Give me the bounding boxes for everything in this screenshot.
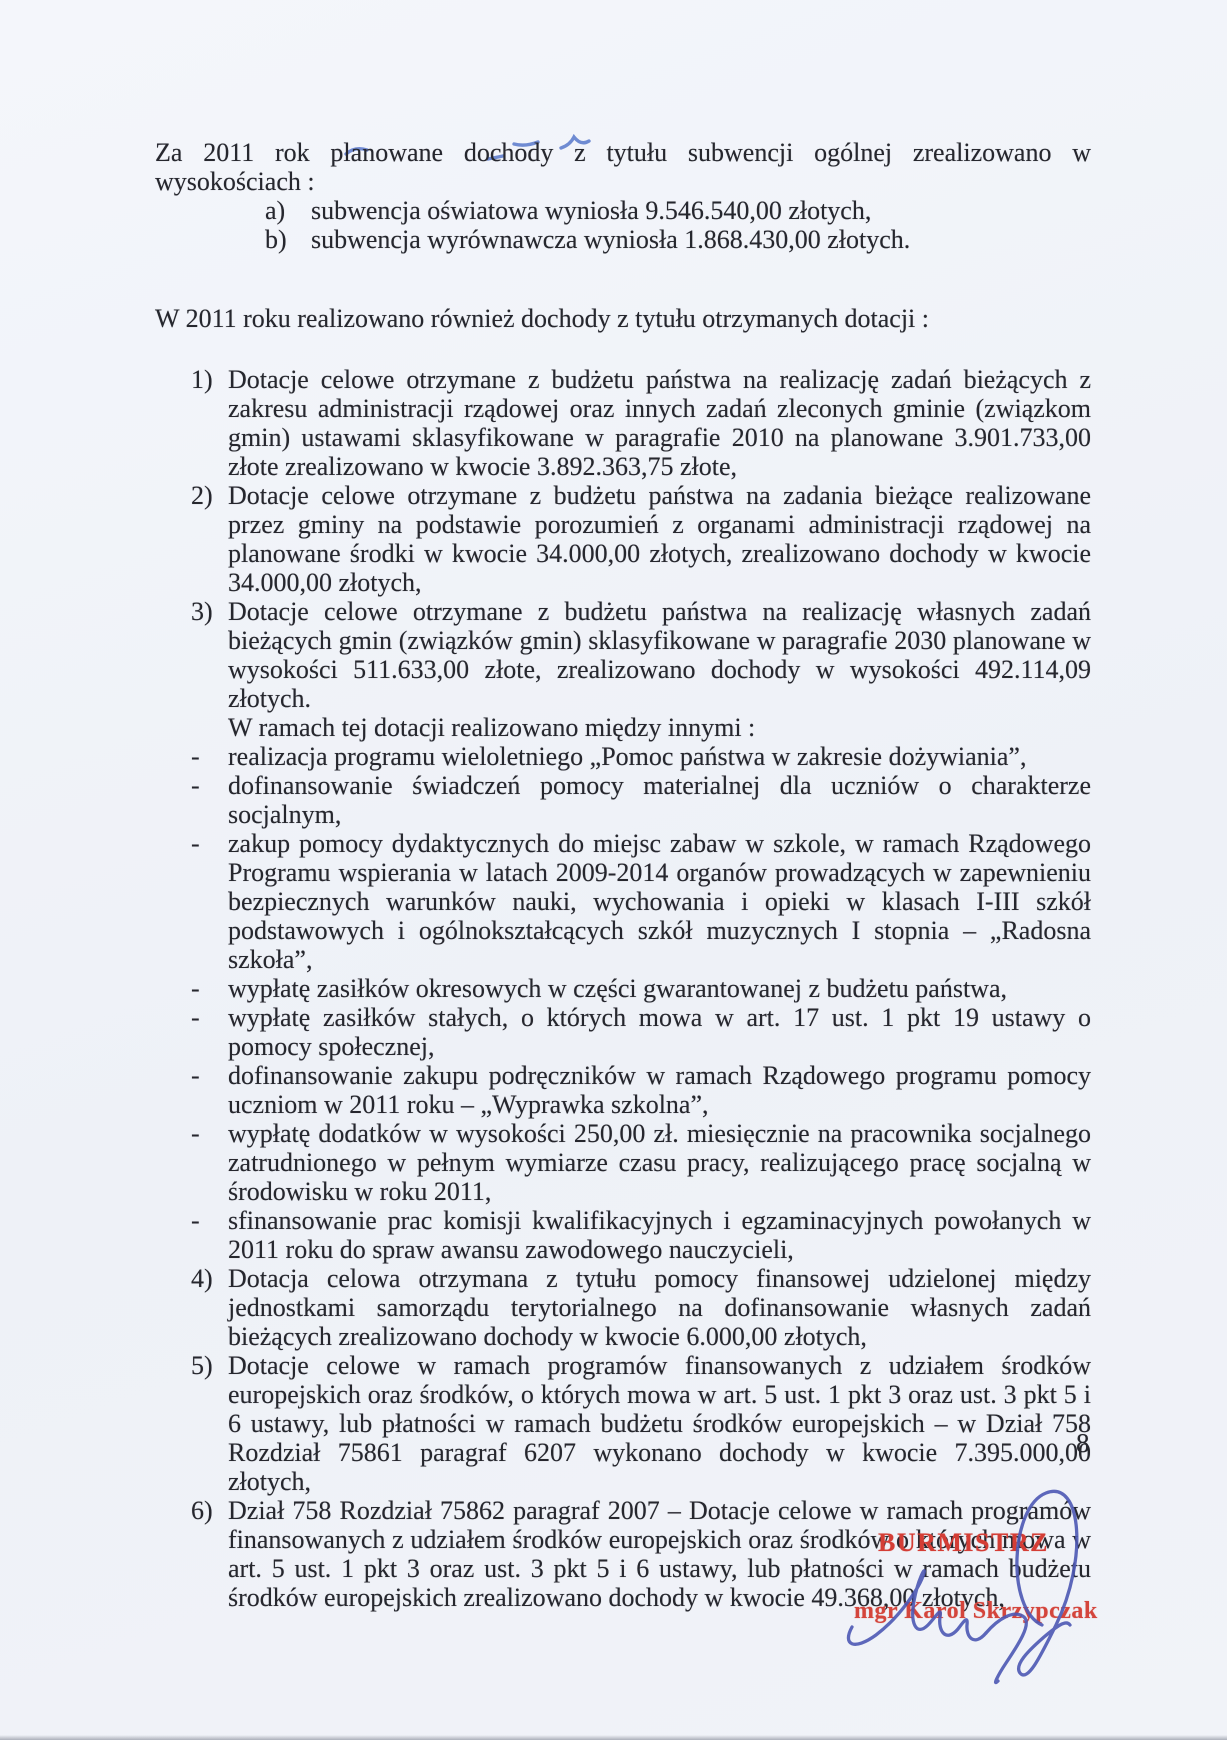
subvention-item-label: b): [265, 225, 311, 254]
subvention-item-text: subwencja oświatowa wyniosła 9.546.540,0…: [311, 196, 1091, 225]
list-item-dash: - zakup pomocy dydaktycznych do miejsc z…: [155, 829, 1091, 974]
list-item: 2) Dotacje celowe otrzymane z budżetu pa…: [155, 481, 1091, 597]
list-item-text: realizacja programu wieloletniego „Pomoc…: [228, 742, 1091, 771]
list-item-text: Dotacje celowe otrzymane z budżetu państ…: [228, 481, 1091, 597]
scanned-document-page: { "document": { "intro": "Za 2011 rok pl…: [0, 0, 1227, 1740]
subvention-item: a) subwencja oświatowa wyniosła 9.546.54…: [155, 196, 1091, 225]
list-item-marker: 3): [191, 597, 228, 713]
list-item-dash: - dofinansowanie świadczeń pomocy materi…: [155, 771, 1091, 829]
list-item-text: W ramach tej dotacji realizowano między …: [228, 713, 1091, 742]
handwritten-signature: [828, 1467, 1128, 1707]
list-item-dash: - realizacja programu wieloletniego „Pom…: [155, 742, 1091, 771]
list-item-dash: - sfinansowanie prac komisji kwalifikacy…: [155, 1206, 1091, 1264]
list-item-text: wypłatę dodatków w wysokości 250,00 zł. …: [228, 1119, 1091, 1206]
dotacje-intro-paragraph: W 2011 roku realizowano również dochody …: [155, 304, 1091, 333]
list-item-marker: -: [191, 1119, 228, 1206]
page-number: 8: [1076, 1428, 1090, 1459]
list-item-marker: 6): [191, 1496, 228, 1612]
list-item-marker: 1): [191, 365, 228, 481]
list-item-text: Dotacja celowa otrzymana z tytułu pomocy…: [228, 1264, 1091, 1351]
intro-paragraph: Za 2011 rok planowane dochody z tytułu s…: [155, 138, 1091, 196]
scan-bottom-edge: [0, 1735, 1227, 1740]
list-item-marker: [191, 713, 228, 742]
list-item-text: dofinansowanie świadczeń pomocy material…: [228, 771, 1091, 829]
list-item-text: Dotacje celowe otrzymane z budżetu państ…: [228, 597, 1091, 713]
list-item-dash: - wypłatę zasiłków okresowych w części g…: [155, 974, 1091, 1003]
list-item-text: wypłatę zasiłków stałych, o których mowa…: [228, 1003, 1091, 1061]
list-item-marker: -: [191, 1206, 228, 1264]
dotacje-list: 1) Dotacje celowe otrzymane z budżetu pa…: [155, 365, 1091, 1612]
list-item-marker: 2): [191, 481, 228, 597]
list-item-marker: -: [191, 829, 228, 974]
list-item-continuation: W ramach tej dotacji realizowano między …: [155, 713, 1091, 742]
list-item-marker: -: [191, 742, 228, 771]
list-item-text: Dotacje celowe otrzymane z budżetu państ…: [228, 365, 1091, 481]
list-item-dash: - wypłatę zasiłków stałych, o których mo…: [155, 1003, 1091, 1061]
list-item-marker: -: [191, 974, 228, 1003]
list-item-dash: - dofinansowanie zakupu podręczników w r…: [155, 1061, 1091, 1119]
list-item-marker: 5): [191, 1351, 228, 1496]
list-item-text: wypłatę zasiłków okresowych w części gwa…: [228, 974, 1091, 1003]
subvention-item-text: subwencja wyrównawcza wyniosła 1.868.430…: [311, 225, 1091, 254]
list-item: 3) Dotacje celowe otrzymane z budżetu pa…: [155, 597, 1091, 713]
list-item: 4) Dotacja celowa otrzymana z tytułu pom…: [155, 1264, 1091, 1351]
mayor-stamp-block: BURMISTRZ mgr Karol Skrzypczak: [840, 1495, 1120, 1705]
list-item-marker: -: [191, 1061, 228, 1119]
list-item-text: dofinansowanie zakupu podręczników w ram…: [228, 1061, 1091, 1119]
list-item-marker: -: [191, 1003, 228, 1061]
list-item-marker: -: [191, 771, 228, 829]
subvention-item-label: a): [265, 196, 311, 225]
list-item-marker: 4): [191, 1264, 228, 1351]
document-body: Za 2011 rok planowane dochody z tytułu s…: [155, 138, 1091, 1612]
list-item-dash: - wypłatę dodatków w wysokości 250,00 zł…: [155, 1119, 1091, 1206]
subvention-item: b) subwencja wyrównawcza wyniosła 1.868.…: [155, 225, 1091, 254]
list-item-text: sfinansowanie prac komisji kwalifikacyjn…: [228, 1206, 1091, 1264]
list-item-text: zakup pomocy dydaktycznych do miejsc zab…: [228, 829, 1091, 974]
list-item: 1) Dotacje celowe otrzymane z budżetu pa…: [155, 365, 1091, 481]
